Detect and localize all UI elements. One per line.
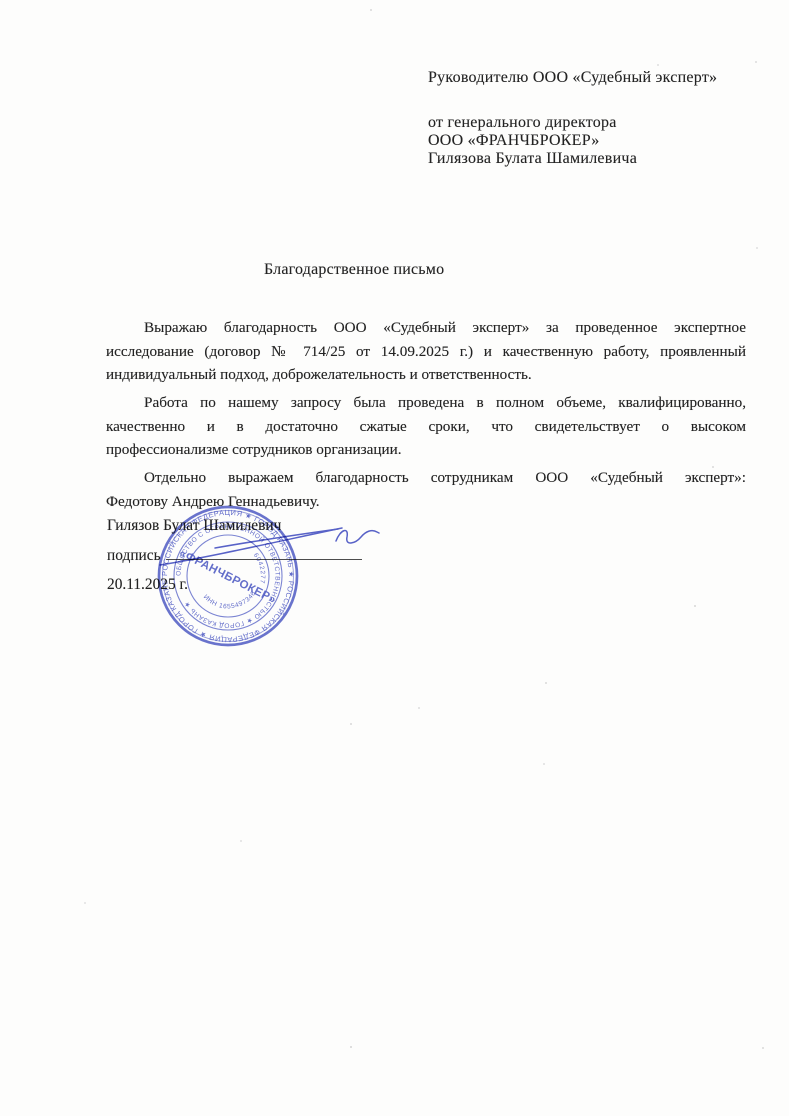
letter-body: Выражаю благодарность ООО «Судебный эксп… (106, 316, 746, 518)
paragraph-line: Работа по нашему запросу была проведена … (106, 391, 746, 415)
letter-page: Руководителю ООО «Судебный эксперт» от г… (0, 0, 789, 1116)
signature-stroke (160, 528, 342, 565)
paragraph-line: Отдельно выражаем благодарность сотрудни… (106, 466, 746, 490)
sender-person: Гилязова Булата Шамилевича (428, 150, 637, 168)
paragraph-line: профессионализме сотрудников организации… (106, 438, 746, 462)
sender-block: от генерального директора ООО «ФРАНЧБРОК… (428, 114, 637, 168)
signature-flourish (336, 530, 379, 543)
paragraph-line: качественно и в достаточно сжатые сроки,… (106, 415, 746, 439)
paragraph-1: Выражаю благодарность ООО «Судебный эксп… (106, 316, 746, 387)
handwritten-signature (140, 495, 380, 577)
scan-noise-specks (0, 0, 2, 2)
letter-title: Благодарственное письмо (264, 261, 444, 279)
signature-stroke (215, 529, 338, 548)
paragraph-line: индивидуальный подход, доброжелательност… (106, 363, 746, 387)
paragraph-2: Работа по нашему запросу была проведена … (106, 391, 746, 462)
paragraph-line: исследование (договор № 714/25 от 14.09.… (106, 340, 746, 364)
recipient-line: Руководителю ООО «Судебный эксперт» (428, 69, 717, 87)
sender-role: от генерального директора (428, 114, 637, 132)
sender-company: ООО «ФРАНЧБРОКЕР» (428, 132, 637, 150)
paragraph-line: Выражаю благодарность ООО «Судебный эксп… (106, 316, 746, 340)
